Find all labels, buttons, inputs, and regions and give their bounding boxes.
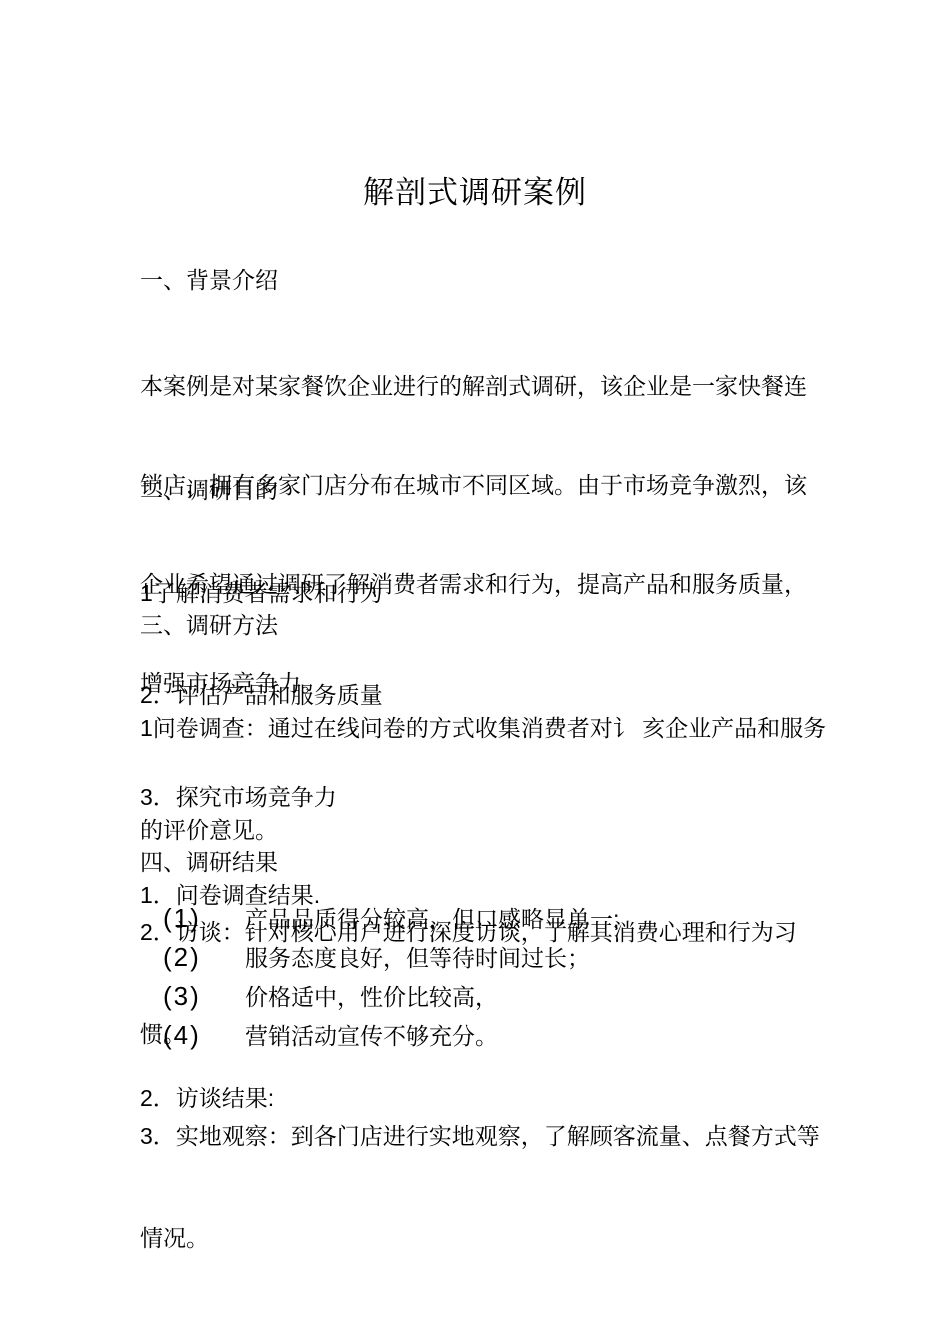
method-line: 情况。 (140, 1221, 826, 1255)
list-item: (2) 服务态度良好，但等待时间过长； (163, 938, 619, 977)
list-item: (4) 营销活动宣传不够充分。 (163, 1016, 619, 1055)
method-line: 1问卷调查：通过在线问卷的方式收集消费者对讠 亥企业产品和服务 (140, 711, 826, 745)
list-item-text: 服务态度良好，但等待时间过长； (245, 939, 590, 978)
paragraph-line: 本案例是对某家餐饮企业进行的解剖式调研，该企业是一家快餐连 (140, 370, 807, 403)
section-heading-background: 一、背景介绍 (140, 264, 278, 297)
list-item-number: (3) (163, 977, 245, 1016)
section-heading-objectives: 二、调研目的 (140, 474, 278, 507)
list-item-text: 营销活动宣传不够充分。 (245, 1017, 498, 1056)
list-item-number: (2) (163, 938, 245, 977)
document-title: 解剖式调研案例 (0, 172, 950, 214)
list-item-text: 产品品质得分较高，但口感略显单一; (245, 900, 619, 939)
section-heading-methods: 三、调研方法 (140, 609, 278, 642)
section-heading-results: 四、调研结果 (140, 846, 278, 879)
list-item-text: 价格适中，性价比较高， (245, 978, 498, 1017)
list-item-number: (4) (163, 1016, 245, 1055)
list-item-number: (1) (163, 899, 245, 938)
survey-results-list: (1) 产品品质得分较高，但口感略显单一; (2) 服务态度良好，但等待时间过长… (163, 899, 619, 1055)
list-item: (3) 价格适中，性价比较高， (163, 977, 619, 1016)
interview-results-heading: 2．访谈结果: (140, 1082, 274, 1115)
method-line: 的评价意见。 (140, 813, 826, 847)
list-item: (1) 产品品质得分较高，但口感略显单一; (163, 899, 619, 938)
method-line: 3．实地观察：到各门店进行实地观察，了解顾客流量、点餐方式等 (140, 1119, 826, 1153)
objective-item: 1了解消费者需求和行为 (140, 576, 383, 610)
document-page: 解剖式调研案例 一、背景介绍 本案例是对某家餐饮企业进行的解剖式调研，该企业是一… (0, 0, 950, 1344)
